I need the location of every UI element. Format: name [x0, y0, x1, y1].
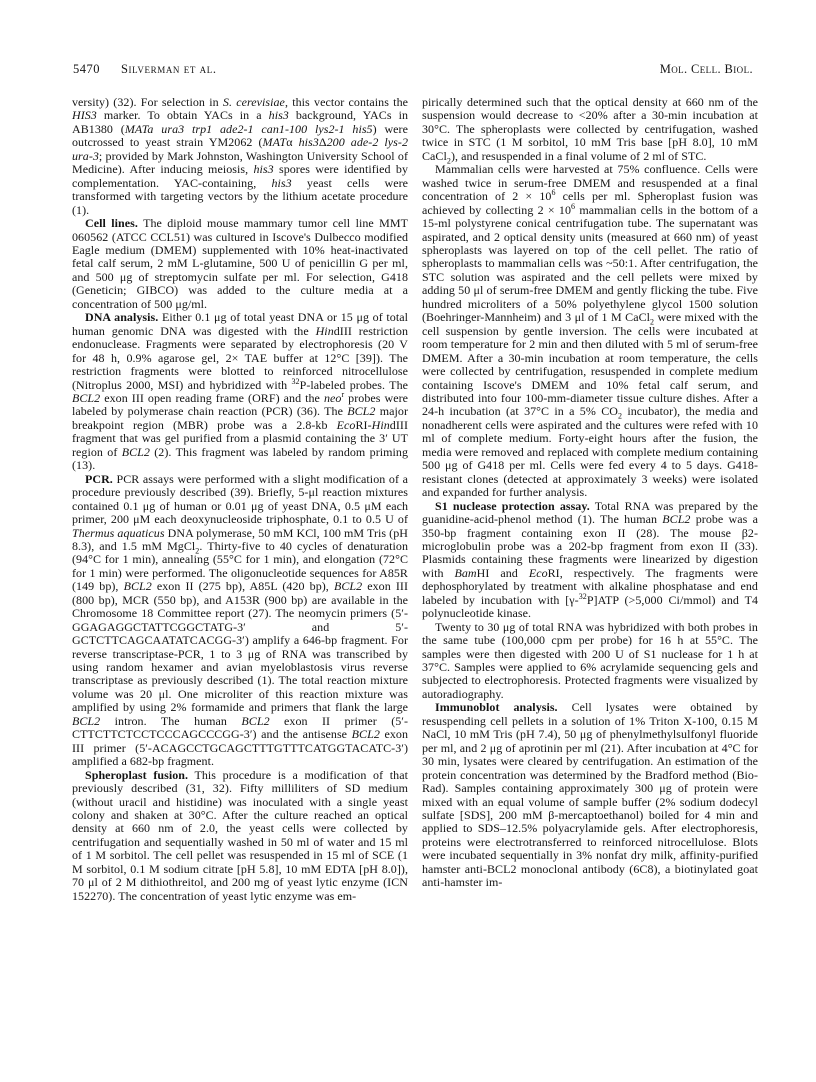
paragraph: PCR. PCR assays were performed with a sl…: [72, 473, 408, 769]
paragraph: Cell lines. The diploid mouse mammary tu…: [72, 217, 408, 311]
two-column-body: versity) (32). For selection in S. cerev…: [72, 96, 758, 903]
text-column-right: pirically determined such that the optic…: [422, 96, 758, 903]
journal-page: 5470 Silverman et al. Mol. Cell. Biol. v…: [0, 0, 816, 1082]
paragraph: Immunoblot analysis. Cell lysates were o…: [422, 701, 758, 889]
paragraph: Twenty to 30 μg of total RNA was hybridi…: [422, 621, 758, 702]
journal-name: Mol. Cell. Biol.: [660, 62, 753, 76]
paragraph: DNA analysis. Either 0.1 μg of total yea…: [72, 311, 408, 472]
page-header: 5470 Silverman et al. Mol. Cell. Biol.: [73, 62, 753, 76]
paragraph: Mammalian cells were harvested at 75% co…: [422, 163, 758, 499]
text-column-left: versity) (32). For selection in S. cerev…: [72, 96, 408, 903]
paragraph: S1 nuclease protection assay. Total RNA …: [422, 500, 758, 621]
paragraph: pirically determined such that the optic…: [422, 96, 758, 163]
running-authors: Silverman et al.: [121, 62, 217, 76]
page-number: 5470: [73, 62, 100, 76]
paragraph: versity) (32). For selection in S. cerev…: [72, 96, 408, 217]
paragraph: Spheroplast fusion. This procedure is a …: [72, 769, 408, 904]
